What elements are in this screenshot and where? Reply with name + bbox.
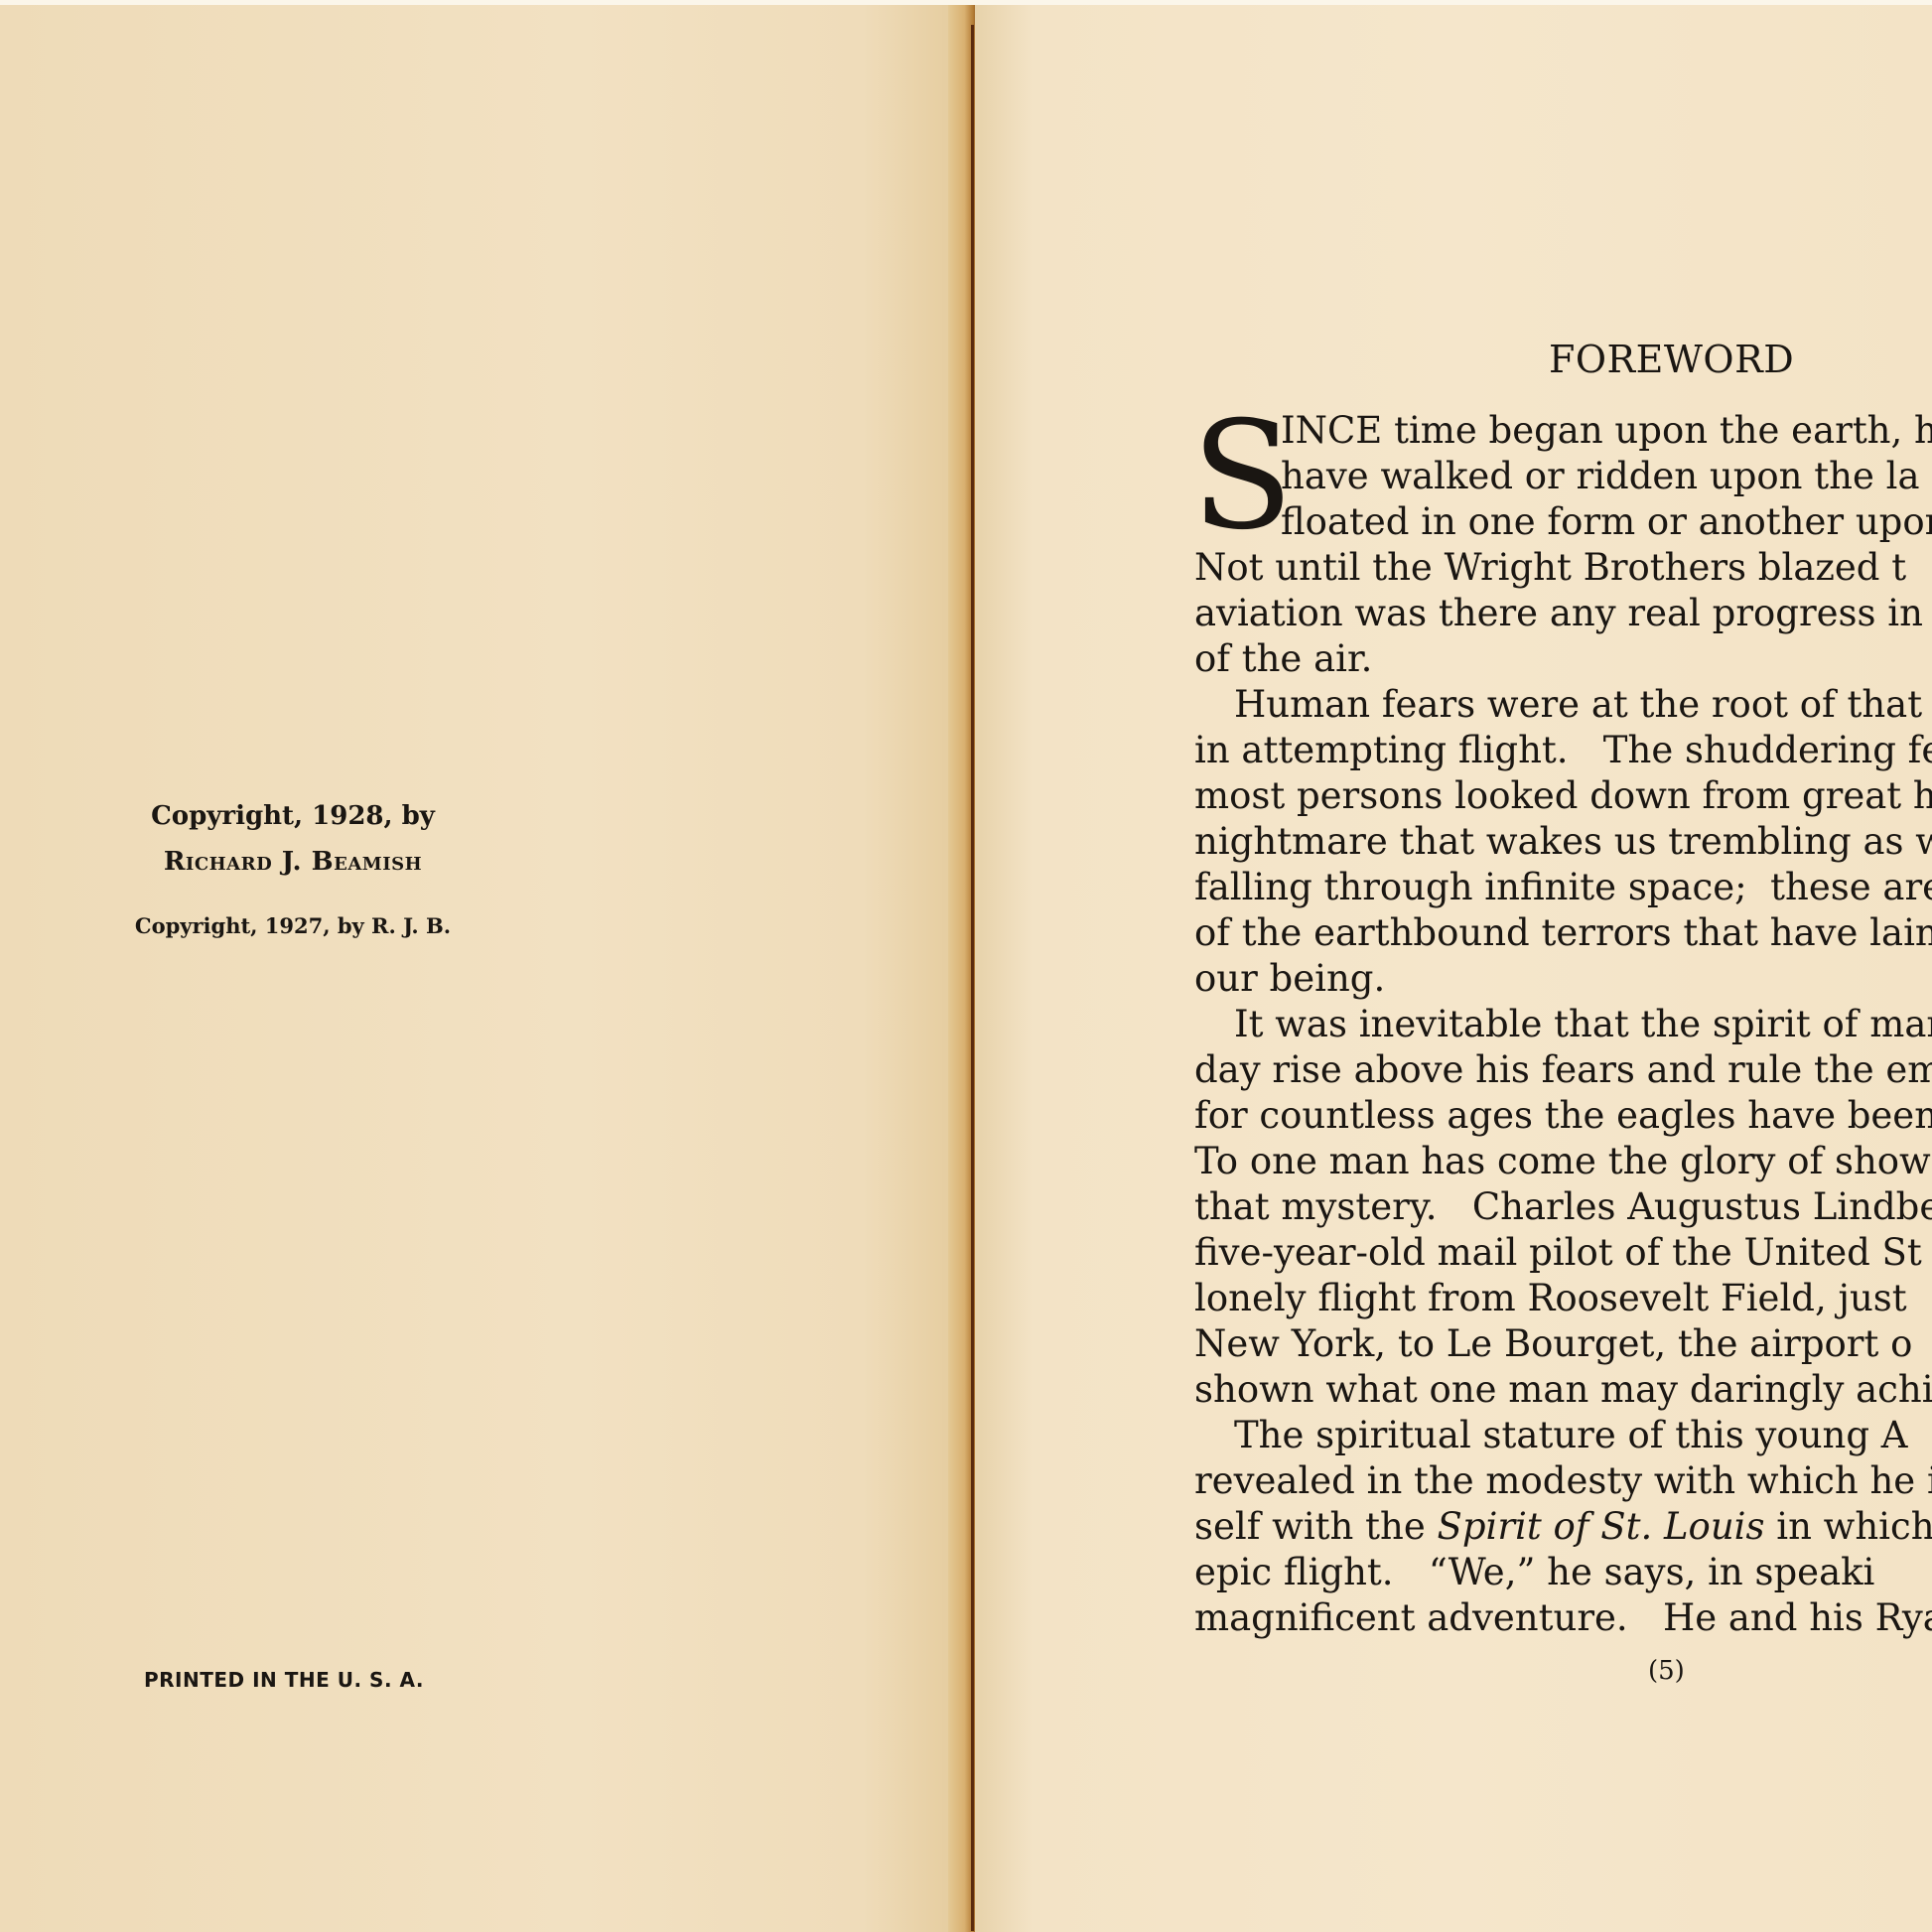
text-line: Human fears were at the root of that lon bbox=[1194, 682, 1932, 728]
foreword-body: INCE time began upon the earth, hu have … bbox=[1194, 408, 1932, 1641]
text-line: magnificent adventure. He and his Ryan bbox=[1194, 1595, 1932, 1641]
text-line: our being. bbox=[1194, 956, 1932, 1002]
text-line: New York, to Le Bourget, the airport o bbox=[1194, 1321, 1932, 1367]
text-line: day rise above his fears and rule the em… bbox=[1194, 1047, 1932, 1093]
text-line: floated in one form or another upon bbox=[1194, 499, 1932, 545]
text-line: of the earthbound terrors that have lain… bbox=[1194, 910, 1932, 956]
text-line: falling through infinite space; these ar… bbox=[1194, 865, 1932, 910]
text-line: INCE time began upon the earth, hu bbox=[1194, 408, 1932, 454]
text-segment: in which h bbox=[1764, 1505, 1932, 1548]
copyright-author: Richard J. Beamish bbox=[0, 847, 586, 877]
ship-name-italic: Spirit of St. Louis bbox=[1438, 1505, 1765, 1548]
text-segment: self with the bbox=[1194, 1505, 1438, 1548]
text-line: in attempting flight. The shuddering fea… bbox=[1194, 728, 1932, 773]
text-line: have walked or ridden upon the la bbox=[1194, 454, 1932, 499]
text-line: aviation was there any real progress in … bbox=[1194, 591, 1932, 636]
book-spread: Copyright, 1928, by Richard J. Beamish C… bbox=[0, 5, 1932, 1932]
text-line: Not until the Wright Brothers blazed t bbox=[1194, 545, 1932, 591]
text-line: for countless ages the eagles have been bbox=[1194, 1093, 1932, 1139]
text-line: nightmare that wakes us trembling as w bbox=[1194, 819, 1932, 865]
text-line: The spiritual stature of this young A bbox=[1194, 1413, 1932, 1458]
text-line: self with the Spirit of St. Louis in whi… bbox=[1194, 1504, 1932, 1550]
copyright-1927: Copyright, 1927, by R. J. B. bbox=[0, 913, 586, 938]
printed-in-usa: PRINTED IN THE U. S. A. bbox=[144, 1668, 424, 1692]
text-line: To one man has come the glory of showing bbox=[1194, 1139, 1932, 1184]
text-line: lonely flight from Roosevelt Field, just bbox=[1194, 1276, 1932, 1321]
text-line: five-year-old mail pilot of the United S… bbox=[1194, 1230, 1932, 1276]
copyright-1928: Copyright, 1928, by bbox=[0, 801, 586, 831]
text-line: epic flight. “We,” he says, in speaki bbox=[1194, 1550, 1932, 1595]
text-line: of the air. bbox=[1194, 636, 1932, 682]
text-line: most persons looked down from great h bbox=[1194, 773, 1932, 819]
left-page: Copyright, 1928, by Richard J. Beamish C… bbox=[0, 5, 958, 1932]
chapter-title: FOREWORD bbox=[1549, 338, 1794, 381]
text-line: revealed in the modesty with which he id… bbox=[1194, 1458, 1932, 1504]
text-line: It was inevitable that the spirit of man… bbox=[1194, 1002, 1932, 1047]
spine bbox=[971, 25, 974, 1931]
page-number: (5) bbox=[1648, 1656, 1685, 1686]
text-line: shown what one man may daringly achieve bbox=[1194, 1367, 1932, 1413]
text-line: that mystery. Charles Augustus Lindberg bbox=[1194, 1184, 1932, 1230]
